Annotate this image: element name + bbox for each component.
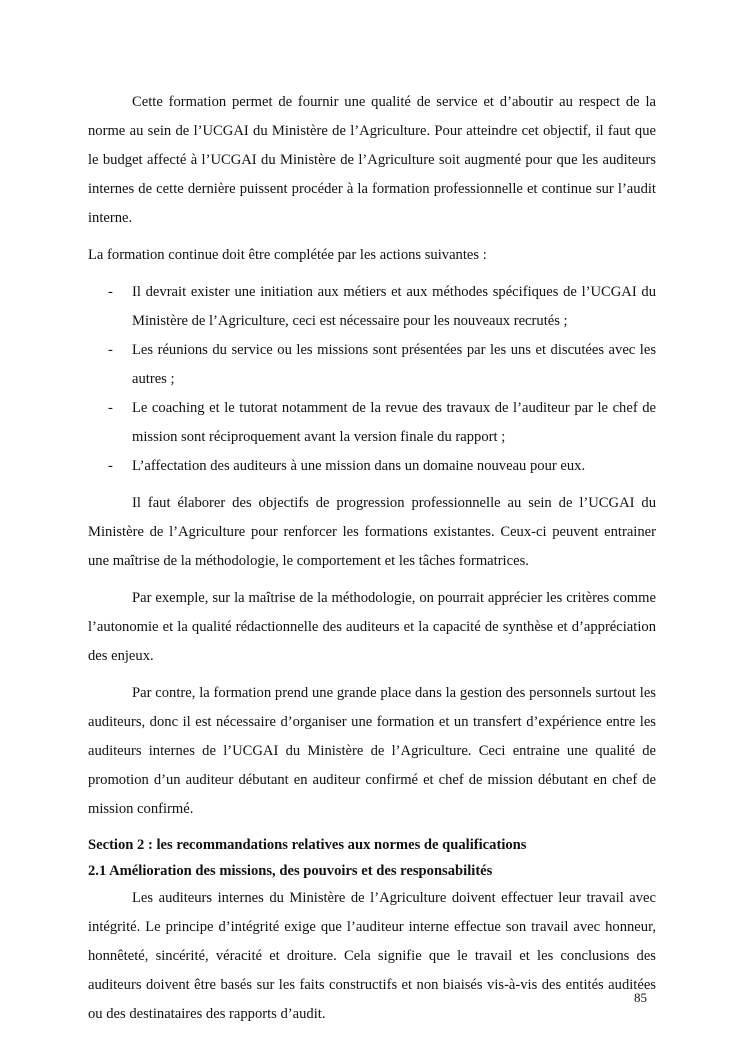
list-item-text: Le coaching et le tutorat notamment de l… [132, 400, 656, 445]
actions-list: - Il devrait exister une initiation aux … [88, 278, 656, 481]
section-heading: Section 2 : les recommandations relative… [88, 832, 656, 858]
paragraph-progression-objectives: Il faut élaborer des objectifs de progre… [88, 489, 656, 576]
bullet-dash: - [108, 394, 113, 423]
paragraph-integrity: Les auditeurs internes du Ministère de l… [88, 884, 656, 1029]
paragraph-methodology-example: Par exemple, sur la maîtrise de la métho… [88, 584, 656, 671]
list-item-text: L’affectation des auditeurs à une missio… [132, 458, 585, 474]
document-page: Cette formation permet de fournir une qu… [88, 88, 656, 1029]
list-item: - L’affectation des auditeurs à une miss… [88, 452, 656, 481]
bullet-dash: - [108, 278, 113, 307]
list-item-text: Il devrait exister une initiation aux mé… [132, 284, 656, 329]
bullet-dash: - [108, 336, 113, 365]
page-number: 85 [634, 990, 647, 1006]
paragraph-personnel-management: Par contre, la formation prend une grand… [88, 679, 656, 824]
list-item-text: Les réunions du service ou les missions … [132, 342, 656, 387]
paragraph-formation-intro: Cette formation permet de fournir une qu… [88, 88, 656, 233]
bullet-dash: - [108, 452, 113, 481]
list-item: - Les réunions du service ou les mission… [88, 336, 656, 394]
list-item: - Il devrait exister une initiation aux … [88, 278, 656, 336]
list-item: - Le coaching et le tutorat notamment de… [88, 394, 656, 452]
paragraph-actions-intro: La formation continue doit être complété… [88, 241, 656, 270]
subsection-heading: 2.1 Amélioration des missions, des pouvo… [88, 858, 656, 884]
